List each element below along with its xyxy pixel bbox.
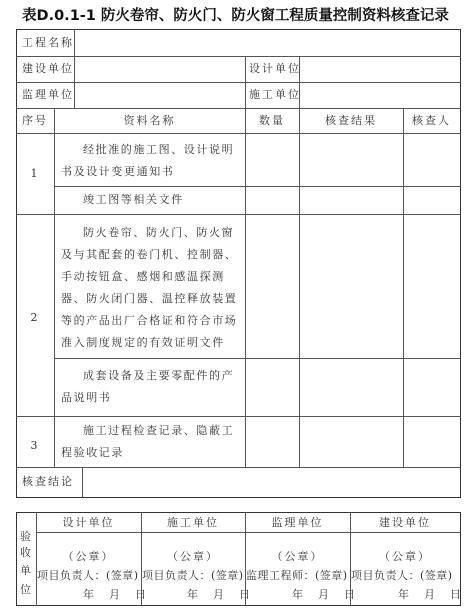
- doc-item: 成套设备及主要零配件的产品说明书: [61, 365, 241, 409]
- col-header-no: 序号: [16, 114, 54, 128]
- divider: [74, 29, 75, 108]
- divider: [54, 186, 461, 187]
- divider: [245, 56, 246, 108]
- signer-text: 项目负责人：(签章): [351, 569, 453, 583]
- divider: [299, 108, 300, 467]
- col-header-result: 核查结果: [299, 114, 403, 128]
- date-text: 年 月 日: [187, 588, 252, 602]
- acceptance-side-label: 单: [20, 564, 31, 578]
- seal-text: （公章）: [350, 550, 460, 564]
- signer-text: 项目负责人：(签章): [37, 569, 139, 583]
- unit-name-contractor: 施工单位: [141, 516, 245, 530]
- row-no: 2: [16, 311, 54, 325]
- signer-text: 监理工程师：(签章): [246, 569, 348, 583]
- unit-name-supervision: 监理单位: [245, 516, 350, 530]
- supervision-unit-label: 监理单位: [22, 88, 74, 102]
- divider: [36, 532, 461, 533]
- doc-item: 经批准的施工图、设计说明书及设计变更通知书: [61, 139, 241, 183]
- divider: [16, 133, 461, 134]
- acceptance-side-label: 收: [20, 546, 31, 560]
- divider: [54, 358, 461, 359]
- seal-text: （公章）: [245, 550, 350, 564]
- divider: [16, 56, 461, 57]
- divider: [82, 467, 83, 498]
- divider: [16, 108, 461, 109]
- unit-name-design: 设计单位: [36, 516, 141, 530]
- divider: [54, 108, 55, 467]
- date-text: 年 月 日: [83, 588, 148, 602]
- date-text: 年 月 日: [398, 588, 463, 602]
- page-title: 表D.0.1-1 防火卷帘、防火门、防火窗工程质量控制资料核查记录: [0, 4, 471, 25]
- divider: [16, 82, 461, 83]
- date-text: 年 月 日: [292, 588, 357, 602]
- doc-item: 竣工图等相关文件: [61, 189, 241, 211]
- col-header-checker: 核查人: [403, 114, 460, 128]
- acceptance-side-label: 位: [20, 583, 31, 597]
- seal-text: （公章）: [36, 550, 141, 564]
- row-no: 3: [16, 439, 54, 453]
- construction-owner-label: 建设单位: [22, 62, 74, 76]
- acceptance-side-label: 验: [20, 530, 31, 544]
- design-unit-label: 设计单位: [249, 62, 301, 76]
- divider: [403, 108, 404, 467]
- divider: [16, 416, 461, 417]
- col-header-doc-name: 资料名称: [54, 114, 245, 128]
- divider: [16, 214, 461, 215]
- contractor-label: 施工单位: [249, 88, 301, 102]
- col-header-quantity: 数量: [245, 114, 299, 128]
- row-no: 1: [16, 167, 54, 181]
- doc-item: 防火卷帘、防火门、防火窗及与其配套的卷门机、控制器、手动按钮盒、感烟和感温探测器…: [61, 222, 241, 354]
- divider: [245, 108, 246, 467]
- signer-text: 项目负责人：(签章): [142, 569, 244, 583]
- seal-text: （公章）: [141, 550, 245, 564]
- project-name-label: 工程名称: [22, 36, 74, 50]
- conclusion-label: 核查结论: [22, 475, 74, 489]
- doc-item: 施工过程检查记录、隐蔽工程验收记录: [61, 420, 241, 464]
- unit-name-owner: 建设单位: [350, 516, 460, 530]
